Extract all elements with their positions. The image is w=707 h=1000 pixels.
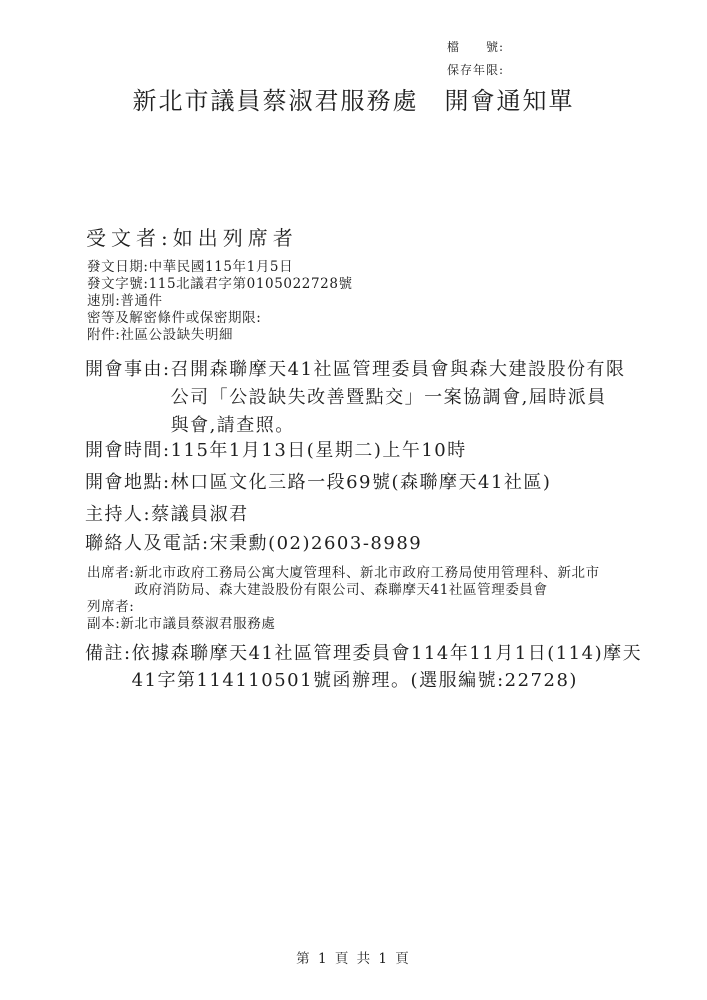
speed-value: 普通件 (120, 293, 162, 309)
present-label: 出席者: (87, 565, 134, 582)
meeting-subject-label-text: 開會事由: (85, 356, 171, 384)
remarks-line: 依據森聯摩天41社區管理委員會114年11月1日(114)摩天 (132, 640, 643, 667)
meeting-place-label: 開會地點: (85, 472, 171, 493)
meeting-subject-content: 召開森聯摩天41社區管理委員會與森大建設股份有限 公司「公設缺失改善暨點交」一案… (171, 356, 626, 440)
meeting-time-value: 115年1月13日(星期二)上午10時 (171, 440, 467, 461)
attachment-label: 附件: (87, 327, 120, 343)
present-line: 政府消防局、森大建設股份有限公司、森聯摩天41社區管理委員會 (134, 582, 599, 599)
meeting-contact-line: 聯絡人及電話:宋秉勳(02)2603-8989 (85, 529, 422, 555)
doc-number-value: 115北議君字第0105022728號 (149, 276, 353, 292)
attachment-line: 附件:社區公設缺失明細 (87, 327, 353, 344)
issue-date-line: 發文日期:中華民國115年1月5日 (87, 259, 353, 276)
cc-label: 副本: (87, 616, 120, 632)
meeting-time-line: 開會時間:115年1月13日(星期二)上午10時 (85, 436, 467, 462)
issue-date-label: 發文日期: (87, 259, 149, 275)
remarks-line: 41字第114110501號函辦理。(選服編號:22728) (132, 667, 643, 694)
observers-label: 列席者: (87, 599, 134, 615)
recipient-value: 如出列席者 (173, 226, 298, 250)
security-line: 密等及解密條件或保密期限: (87, 310, 353, 327)
observers-line: 列席者: (87, 599, 600, 616)
present-block: 出席者: 新北市政府工務局公寓大廈管理科、新北市政府工務局使用管理科、新北市 政… (87, 565, 600, 599)
meeting-subject-block: 開會事由: 召開森聯摩天41社區管理委員會與森大建設股份有限 公司「公設缺失改善… (85, 356, 625, 440)
issue-date-value: 中華民國115年1月5日 (149, 259, 294, 275)
present-line: 新北市政府工務局公寓大廈管理科、新北市政府工務局使用管理科、新北市 (134, 565, 599, 582)
retention-period-label: 保存年限: (447, 59, 504, 82)
document-title: 新北市議員蔡淑君服務處 開會通知單 (0, 81, 707, 116)
meeting-contact-label: 聯絡人及電話: (85, 533, 210, 554)
meeting-place-value: 林口區文化三路一段69號(森聯摩天41社區) (171, 472, 552, 493)
remarks-content: 依據森聯摩天41社區管理委員會114年11月1日(114)摩天 41字第1141… (132, 640, 643, 694)
meeting-chair-label: 主持人: (85, 504, 151, 525)
meeting-place-line: 開會地點:林口區文化三路一段69號(森聯摩天41社區) (85, 468, 551, 494)
meta-block: 發文日期:中華民國115年1月5日 發文字號:115北議君字第010502272… (87, 259, 353, 344)
meeting-contact-value: 宋秉勳(02)2603-8989 (210, 533, 423, 554)
cc-line: 副本:新北市議員蔡淑君服務處 (87, 616, 600, 633)
remarks-block: 備註: 依據森聯摩天41社區管理委員會114年11月1日(114)摩天 41字第… (85, 640, 642, 694)
speed-line: 速別:普通件 (87, 293, 353, 310)
remarks-label: 備註: (85, 640, 132, 667)
meeting-chair-line: 主持人:蔡議員淑君 (85, 500, 249, 526)
meeting-subject-line: 召開森聯摩天41社區管理委員會與森大建設股份有限 (171, 356, 626, 384)
meeting-subject-line: 公司「公設缺失改善暨點交」一案協調會,屆時派員 (171, 384, 626, 412)
corner-labels: 檔 號: 保存年限: (447, 36, 504, 82)
doc-number-label: 發文字號: (87, 276, 149, 292)
recipient-label: 受文者: (86, 226, 173, 250)
attachment-value: 社區公設缺失明細 (120, 327, 233, 343)
document-page: 檔 號: 保存年限: 新北市議員蔡淑君服務處 開會通知單 受文者:如出列席者 發… (0, 0, 707, 1000)
recipient-line: 受文者:如出列席者 (86, 222, 298, 251)
security-label: 密等及解密條件或保密期限: (87, 310, 261, 326)
meeting-chair-value: 蔡議員淑君 (151, 504, 249, 525)
meeting-time-label: 開會時間: (85, 440, 171, 461)
cc-value: 新北市議員蔡淑君服務處 (120, 616, 275, 632)
participants-block: 出席者: 新北市政府工務局公寓大廈管理科、新北市政府工務局使用管理科、新北市 政… (87, 565, 600, 633)
doc-number-line: 發文字號:115北議君字第0105022728號 (87, 276, 353, 293)
page-number: 第 1 頁 共 1 頁 (0, 947, 707, 967)
speed-label: 速別: (87, 293, 120, 309)
file-number-label: 檔 號: (447, 36, 504, 59)
present-content: 新北市政府工務局公寓大廈管理科、新北市政府工務局使用管理科、新北市 政府消防局、… (134, 565, 599, 599)
